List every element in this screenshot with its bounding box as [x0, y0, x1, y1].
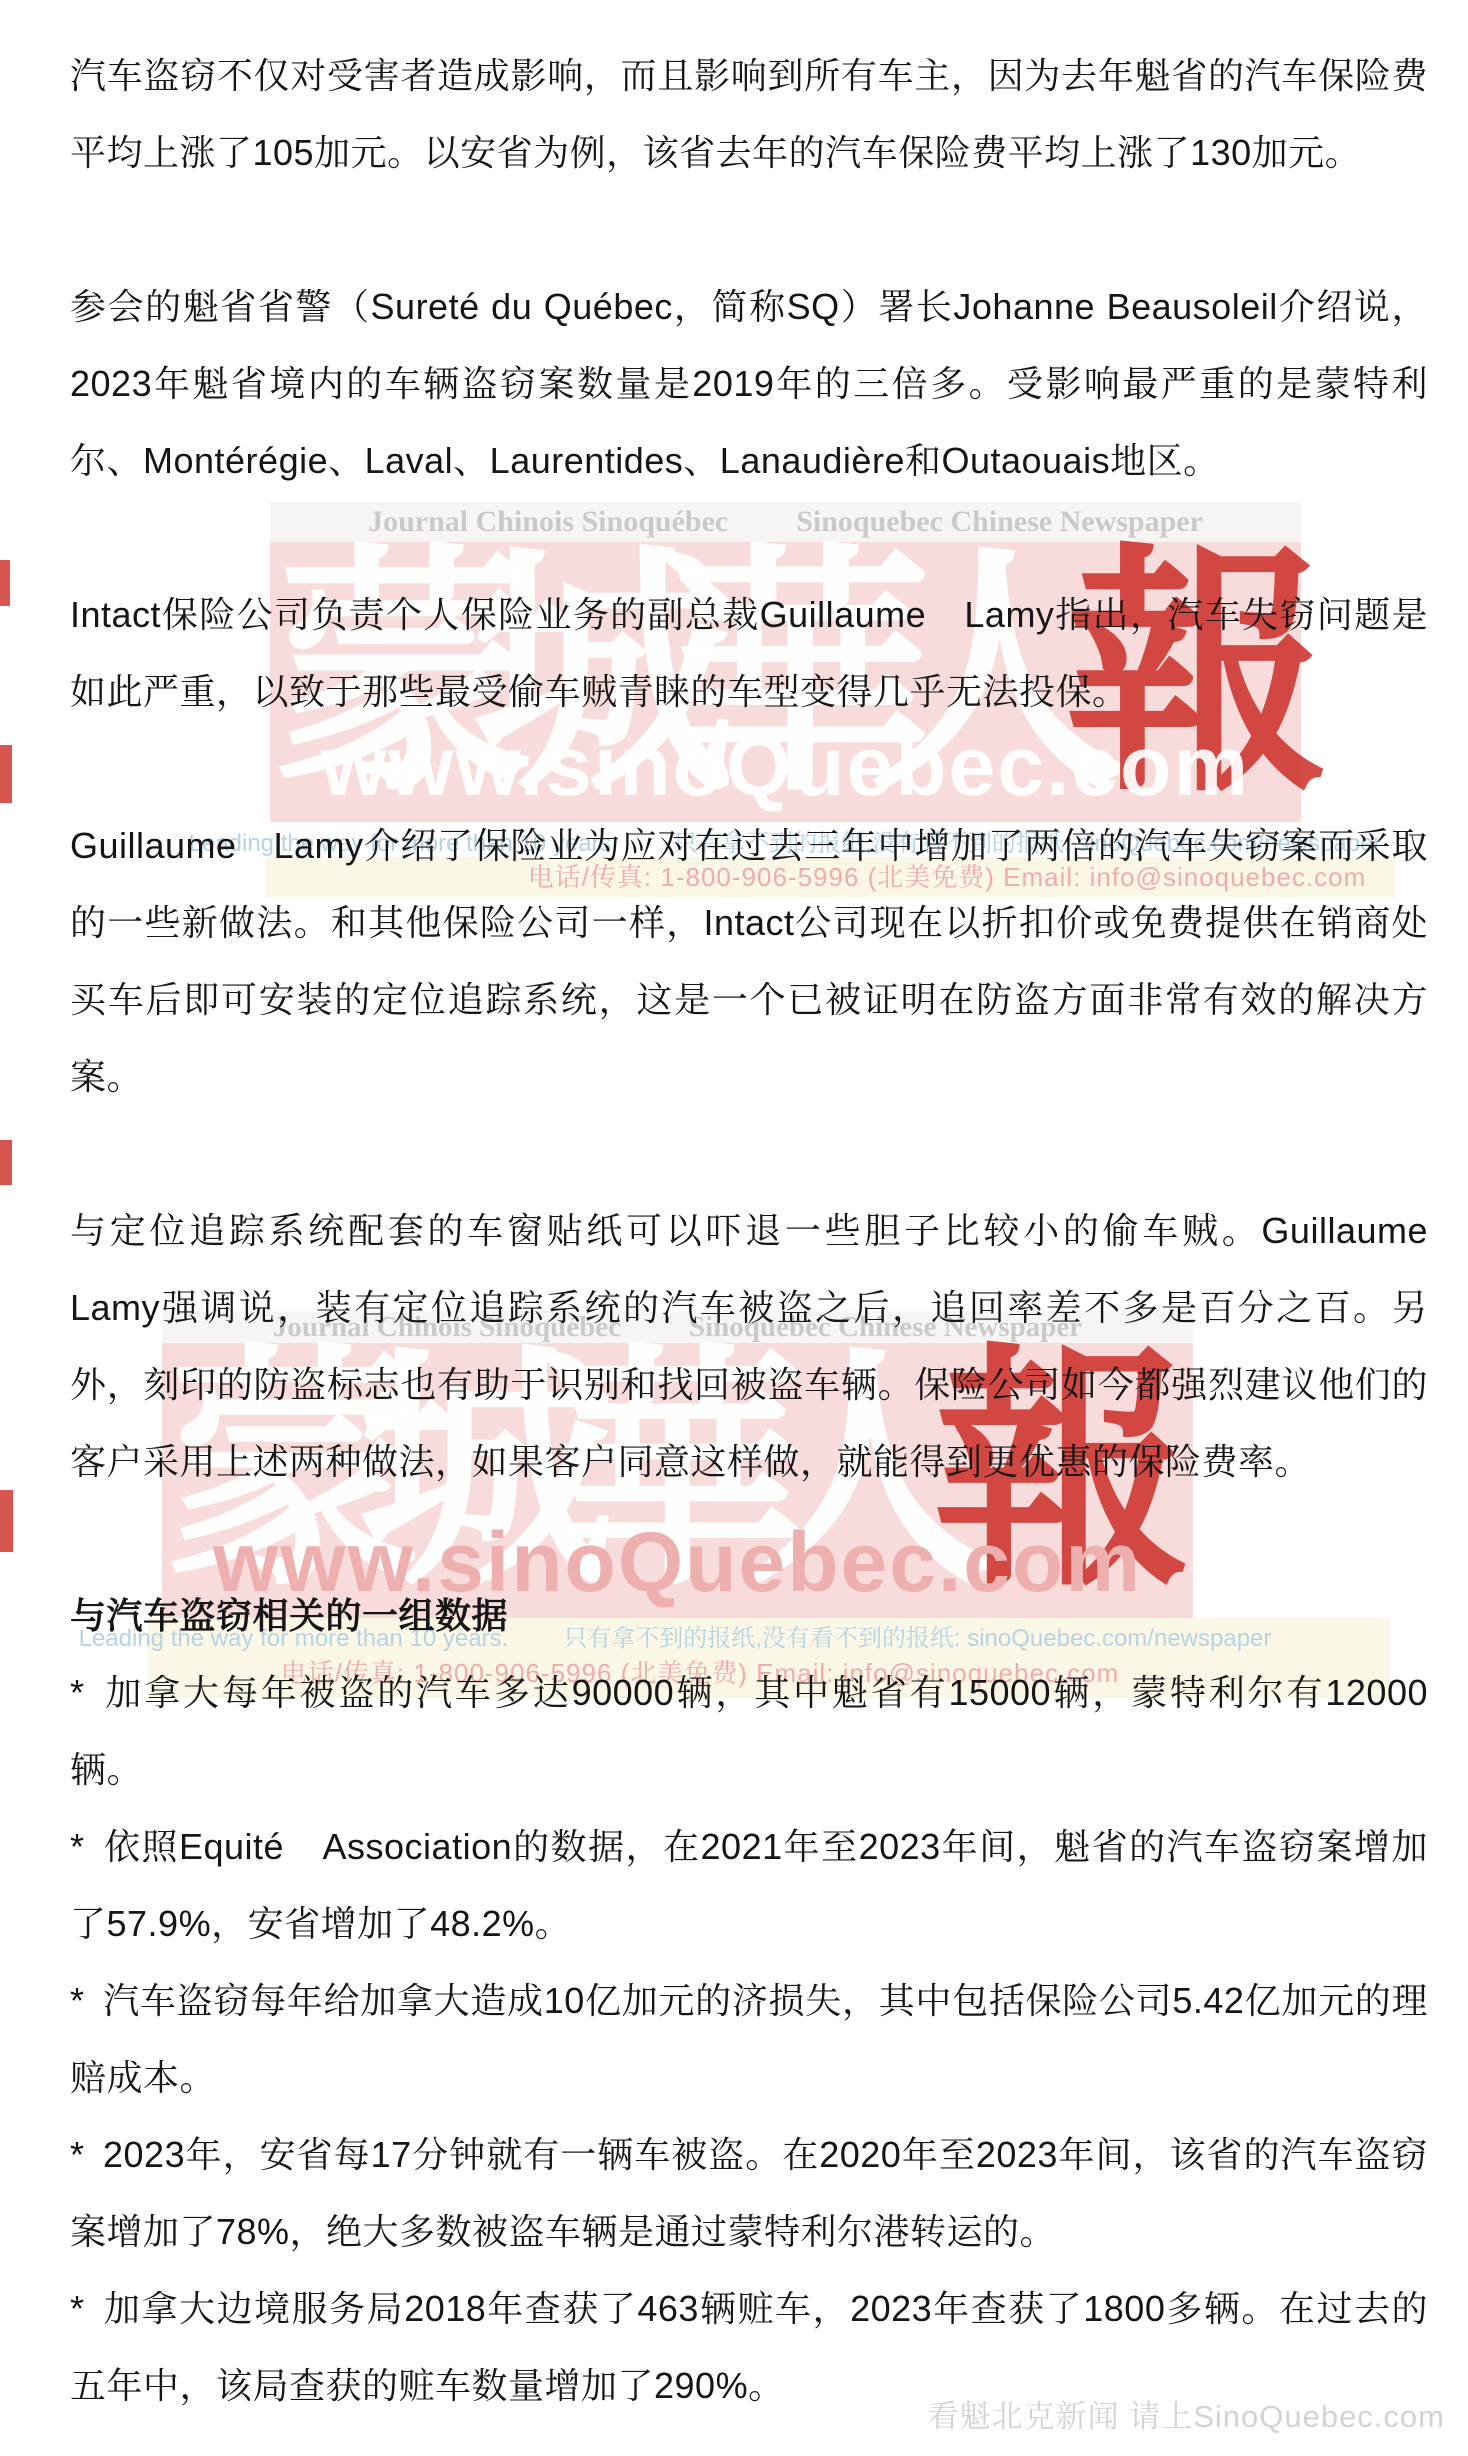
red-watermark-fragment: [0, 1140, 12, 1185]
article-page: Journal Chinois Sinoquébec Sinoquebec Ch…: [0, 0, 1468, 2456]
paragraph: Intact保险公司负责个人保险业务的副总裁Guillaume Lamy指出，汽…: [70, 576, 1428, 730]
paragraph: Guillaume Lamy介绍了保险业为应对在过去三年中增加了两倍的汽车失窃案…: [70, 807, 1428, 1115]
bullet-item: * 依照Equité Association的数据，在2021年至2023年间，…: [70, 1808, 1428, 1962]
footer-note: 看魁北克新闻 请上SinoQuebec.com: [928, 2391, 1445, 2436]
paragraph: 汽车盗窃不仅对受害者造成影响，而且影响到所有车主，因为去年魁省的汽车保险费平均上…: [70, 37, 1428, 191]
red-watermark-fragment: [0, 1490, 13, 1552]
bullet-item: * 汽车盗窃每年给加拿大造成10亿加元的济损失，其中包括保险公司5.42亿加元的…: [70, 1962, 1428, 2116]
section-heading: 与汽车盗窃相关的一组数据: [70, 1577, 1428, 1654]
red-watermark-fragment: [0, 560, 10, 606]
paragraph: 参会的魁省省警（Sureté du Québec，简称SQ）署长Johanne …: [70, 268, 1428, 499]
red-watermark-fragment: [0, 745, 12, 803]
article-body: 汽车盗窃不仅对受害者造成影响，而且影响到所有车主，因为去年魁省的汽车保险费平均上…: [70, 37, 1428, 2424]
bullet-item: * 加拿大每年被盗的汽车多达90000辆，其中魁省有15000辆，蒙特利尔有12…: [70, 1654, 1428, 1808]
paragraph: 与定位追踪系统配套的车窗贴纸可以吓退一些胆子比较小的偷车贼。Guillaume …: [70, 1192, 1428, 1500]
bullet-item: * 2023年，安省每17分钟就有一辆车被盗。在2020年至2023年间，该省的…: [70, 2116, 1428, 2270]
